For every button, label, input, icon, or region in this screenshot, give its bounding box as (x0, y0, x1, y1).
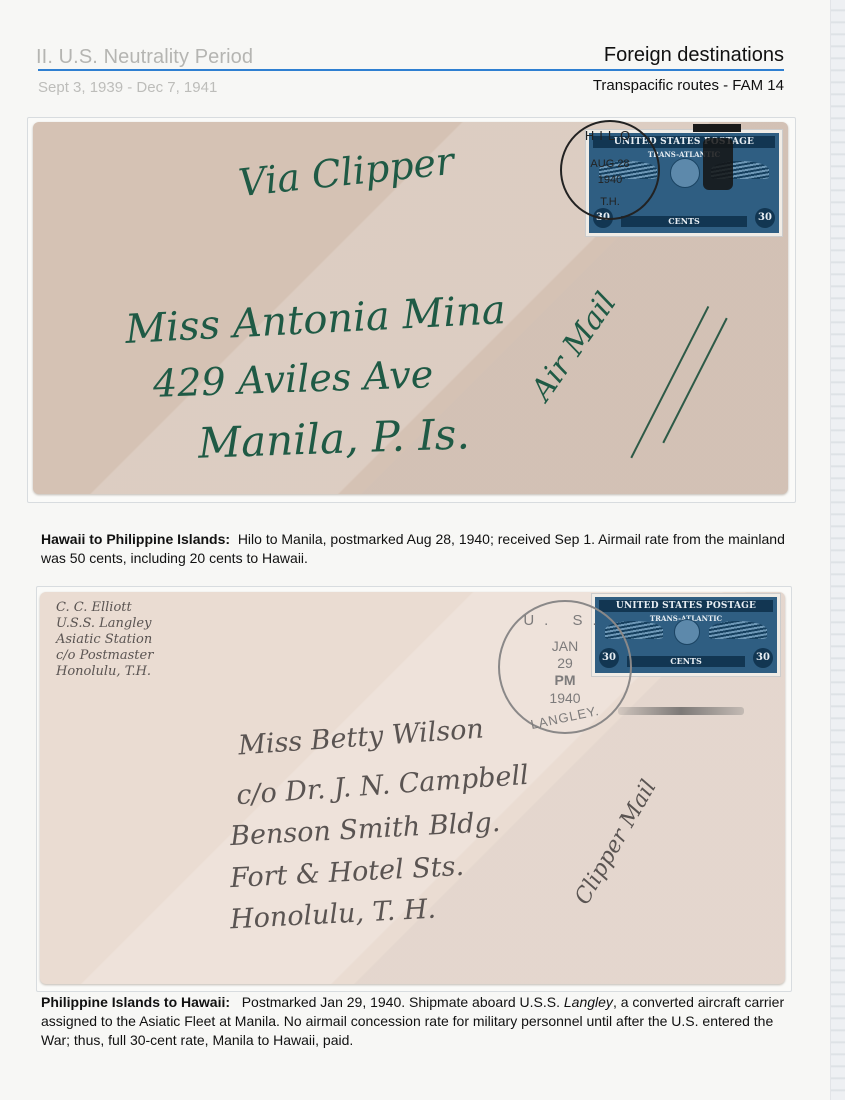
wing-icon (709, 621, 767, 639)
postmark-time: PM (500, 672, 630, 688)
binder-strip (830, 0, 845, 1100)
cancel-bar (693, 124, 741, 132)
caption-heading: Philippine Islands to Hawaii: (41, 994, 230, 1010)
globe-icon (674, 619, 700, 645)
return-address-line: C. C. Elliott (56, 600, 153, 616)
postmark-month: JAN (500, 638, 630, 654)
ship-name: Langley (564, 994, 613, 1010)
cancel-smear (618, 707, 744, 715)
stamp-bottom-text: CENTS (627, 656, 745, 667)
section-title: II. U.S. Neutrality Period (36, 46, 253, 69)
caption-heading: Hawaii to Philippine Islands: (41, 531, 230, 547)
stamp-top-text: UNITED STATES POSTAGE (599, 600, 773, 612)
stamp-value: 30 (755, 208, 775, 228)
cover-1-caption: Hawaii to Philippine Islands: Hilo to Ma… (41, 530, 801, 568)
hilo-postmark: HILO AUG 28 1940 T.H. (560, 120, 660, 220)
postmark-top: U. S. (500, 612, 630, 629)
globe-icon (670, 158, 700, 188)
stamp-bottom-text: CENTS (621, 216, 747, 227)
return-address-line: Honolulu, T.H. (56, 664, 153, 680)
cancel-mark (703, 138, 733, 190)
return-address-line: U.S.S. Langley (56, 616, 153, 632)
return-address: C. C. Elliott U.S.S. Langley Asiatic Sta… (56, 600, 153, 680)
page-subtitle: Transpacific routes - FAM 14 (593, 77, 784, 94)
postmark-town: HILO (562, 128, 658, 143)
header-rule (38, 69, 784, 71)
caption-text: Postmarked Jan 29, 1940. Shipmate aboard… (242, 994, 564, 1010)
cover-1-envelope: Via Clipper Miss Antonia Mina 429 Aviles… (33, 122, 788, 494)
return-address-line: Asiatic Station (56, 632, 153, 648)
address-line: Manila, P. Is. (197, 409, 470, 467)
cover-2-envelope: C. C. Elliott U.S.S. Langley Asiatic Sta… (40, 592, 785, 984)
page-title: Foreign destinations (604, 44, 784, 67)
date-range: Sept 3, 1939 - Dec 7, 1941 (38, 79, 217, 96)
postmark-territory: T.H. (562, 196, 658, 208)
postmark-date: AUG 28 (562, 158, 658, 170)
cover-2-caption: Philippine Islands to Hawaii: Postmarked… (41, 993, 801, 1050)
postmark-year: 1940 (562, 174, 658, 186)
postmark-day: 29 (500, 655, 630, 671)
return-address-line: c/o Postmaster (56, 648, 153, 664)
langley-postmark: U. S. JAN 29 PM 1940 LANGLEY. (498, 600, 632, 734)
stamp-value: 30 (753, 648, 773, 668)
